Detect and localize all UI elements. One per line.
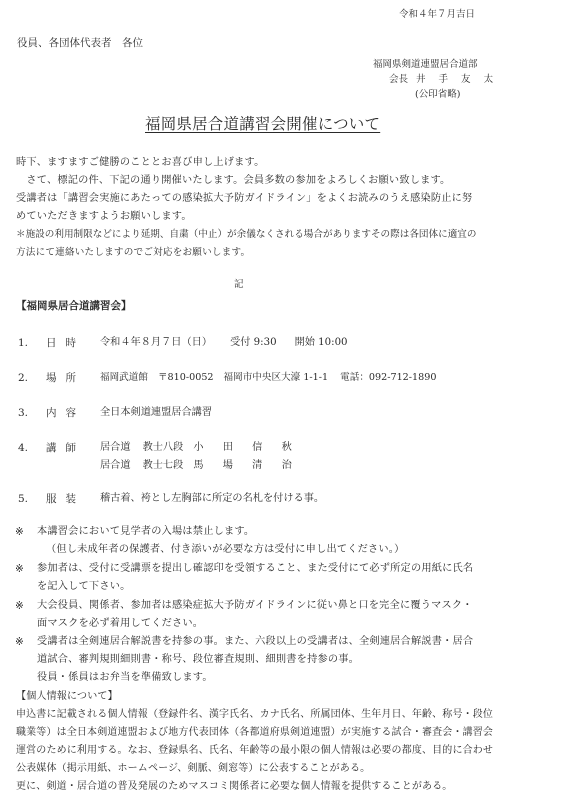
note-mark: ※ — [15, 527, 24, 538]
note-line: 参加者は、受付に受講票を提出し確認印を受領すること、また受付にて必ず所定の用紙に… — [37, 564, 473, 574]
note-mark: ※ — [15, 564, 24, 575]
intro-line: 時下、ますますご健勝のこととお喜び申し上げます。 — [16, 158, 264, 168]
event-date: 令和４年８月７日（日） — [100, 337, 212, 348]
president-name: 井 手 友 太 — [416, 74, 498, 85]
item-label: 講師 — [46, 443, 85, 454]
venue-phone: 電話：092-712-1890 — [340, 372, 436, 383]
venue-address: 福岡市中央区大濠 1-1-1 — [224, 372, 329, 383]
item-number: 4. — [18, 443, 28, 454]
note-mark: ※ — [15, 637, 24, 648]
item-number: 2. — [18, 373, 28, 384]
instructor-rank: 教士七段 — [143, 460, 184, 471]
personal-info-line: 公表媒体（掲示用紙、ホームページ、剣脈、剣窓等）に公表することがある。 — [16, 764, 370, 774]
note-line: 受講者は全剣連居合解説書を持参の事。また、六段以上の受講者は、全剣連居合解説書・… — [37, 637, 473, 647]
personal-info-heading: 【個人情報について】 — [16, 692, 118, 702]
item-number: 1. — [18, 338, 28, 349]
venue-name: 福岡武道館 — [100, 372, 148, 383]
item-value: 全日本剣道連盟居合講習 — [100, 408, 212, 418]
item-number: 3. — [18, 408, 28, 419]
instructor-art: 居合道 — [100, 460, 131, 471]
instructor-rank: 教士八段 — [143, 442, 184, 453]
reception-time: 受付 9:30 — [230, 337, 277, 348]
item-value: 令和４年８月７日（日）受付 9:30開始 10:00 — [100, 338, 348, 348]
personal-info-line: 更に、剣道・居合道の普及発展のためマスコミ関係者に必要な個人情報を提供することが… — [16, 782, 452, 792]
document-date: 令和４年７月吉日 — [399, 10, 475, 20]
item-label: 日時 — [46, 338, 85, 349]
note-line: 面マスクを必ず着用してください。 — [37, 619, 203, 629]
instructor-row: 居合道教士八段小 田 信 秋 — [100, 443, 300, 453]
section-heading: 【福岡県居合道講習会】 — [16, 301, 132, 312]
intro-line: さて、標記の件、下記の通り開催いたします。会員多数の参加をよろしくお願い致します… — [16, 176, 450, 186]
note-mark: ※ — [15, 601, 24, 612]
item-value: 稽古着、袴とし左胸部に所定の名札を付ける事。 — [100, 494, 324, 504]
intro-notice-line: ＊施設の利用制限などにより延期、自粛（中止）が余儀なくされる場合がありますその際… — [16, 230, 477, 240]
item-value: 福岡武道館〒810-0052福岡市中央区大濠 1-1-1電話：092-712-1… — [100, 373, 436, 383]
recipient-line: 役員、各団体代表者 各位 — [17, 38, 143, 49]
item-label: 場所 — [46, 373, 85, 384]
postal-code: 〒810-0052 — [158, 372, 214, 383]
seal-note: (公印省略) — [415, 90, 460, 100]
note-line: 本講習会において見学者の入場は禁止します。 — [37, 527, 254, 537]
note-line: （但し未成年者の保護者、付き添いが必要な方は受付に申し出てください。） — [46, 545, 404, 555]
instructor-name: 馬 場 清 治 — [193, 460, 299, 471]
sender-organization: 福岡県剣道連盟居合道部 — [373, 60, 478, 70]
note-line: を記入して下さい。 — [37, 582, 131, 592]
instructor-art: 居合道 — [100, 442, 131, 453]
note-line: 大会役員、関係者、参加者は感染症拡大予防ガイドラインに従い鼻と口を完全に覆うマス… — [37, 601, 473, 611]
sender-president: 会長井 手 友 太 — [389, 75, 498, 85]
personal-info-line: 申込書に記載される個人情報（登録件名、漢字氏名、カナ氏名、所属団体、生年月日、年… — [16, 710, 493, 720]
intro-line: めていただきますようお願いします。 — [16, 212, 192, 222]
intro-notice-line: 方法にて連絡いたしますのでご対応をお願いします。 — [16, 248, 250, 258]
item-label: 内容 — [46, 408, 85, 419]
note-line: 役員・係員はお弁当を準備致します。 — [37, 673, 213, 683]
item-label: 服装 — [46, 494, 85, 505]
note-line: 道試合、審判規則細則書・称号、段位審査規則、細則書を持参の事。 — [37, 655, 359, 665]
item-number: 5. — [18, 494, 28, 505]
ki-marker: 記 — [234, 280, 244, 290]
start-time: 開始 10:00 — [295, 337, 348, 348]
instructor-row: 居合道教士七段馬 場 清 治 — [100, 461, 300, 471]
personal-info-line: 職業等）は全日本剣道連盟および地方代表団体（各都道府県剣道連盟）が実施する試合・… — [16, 728, 493, 738]
president-title: 会長 — [389, 74, 408, 85]
instructor-name: 小 田 信 秋 — [193, 442, 299, 453]
document-title: 福岡県居合道講習会開催について — [145, 117, 380, 133]
intro-line: 受講者は「講習会実施にあたっての感染拡大予防ガイドライン」をよくお読みのうえ感染… — [16, 194, 472, 204]
personal-info-line: 運営のために利用する。なお、登録県名、氏名、年齢等の最小限の個人情報は必要の都度… — [16, 746, 493, 756]
